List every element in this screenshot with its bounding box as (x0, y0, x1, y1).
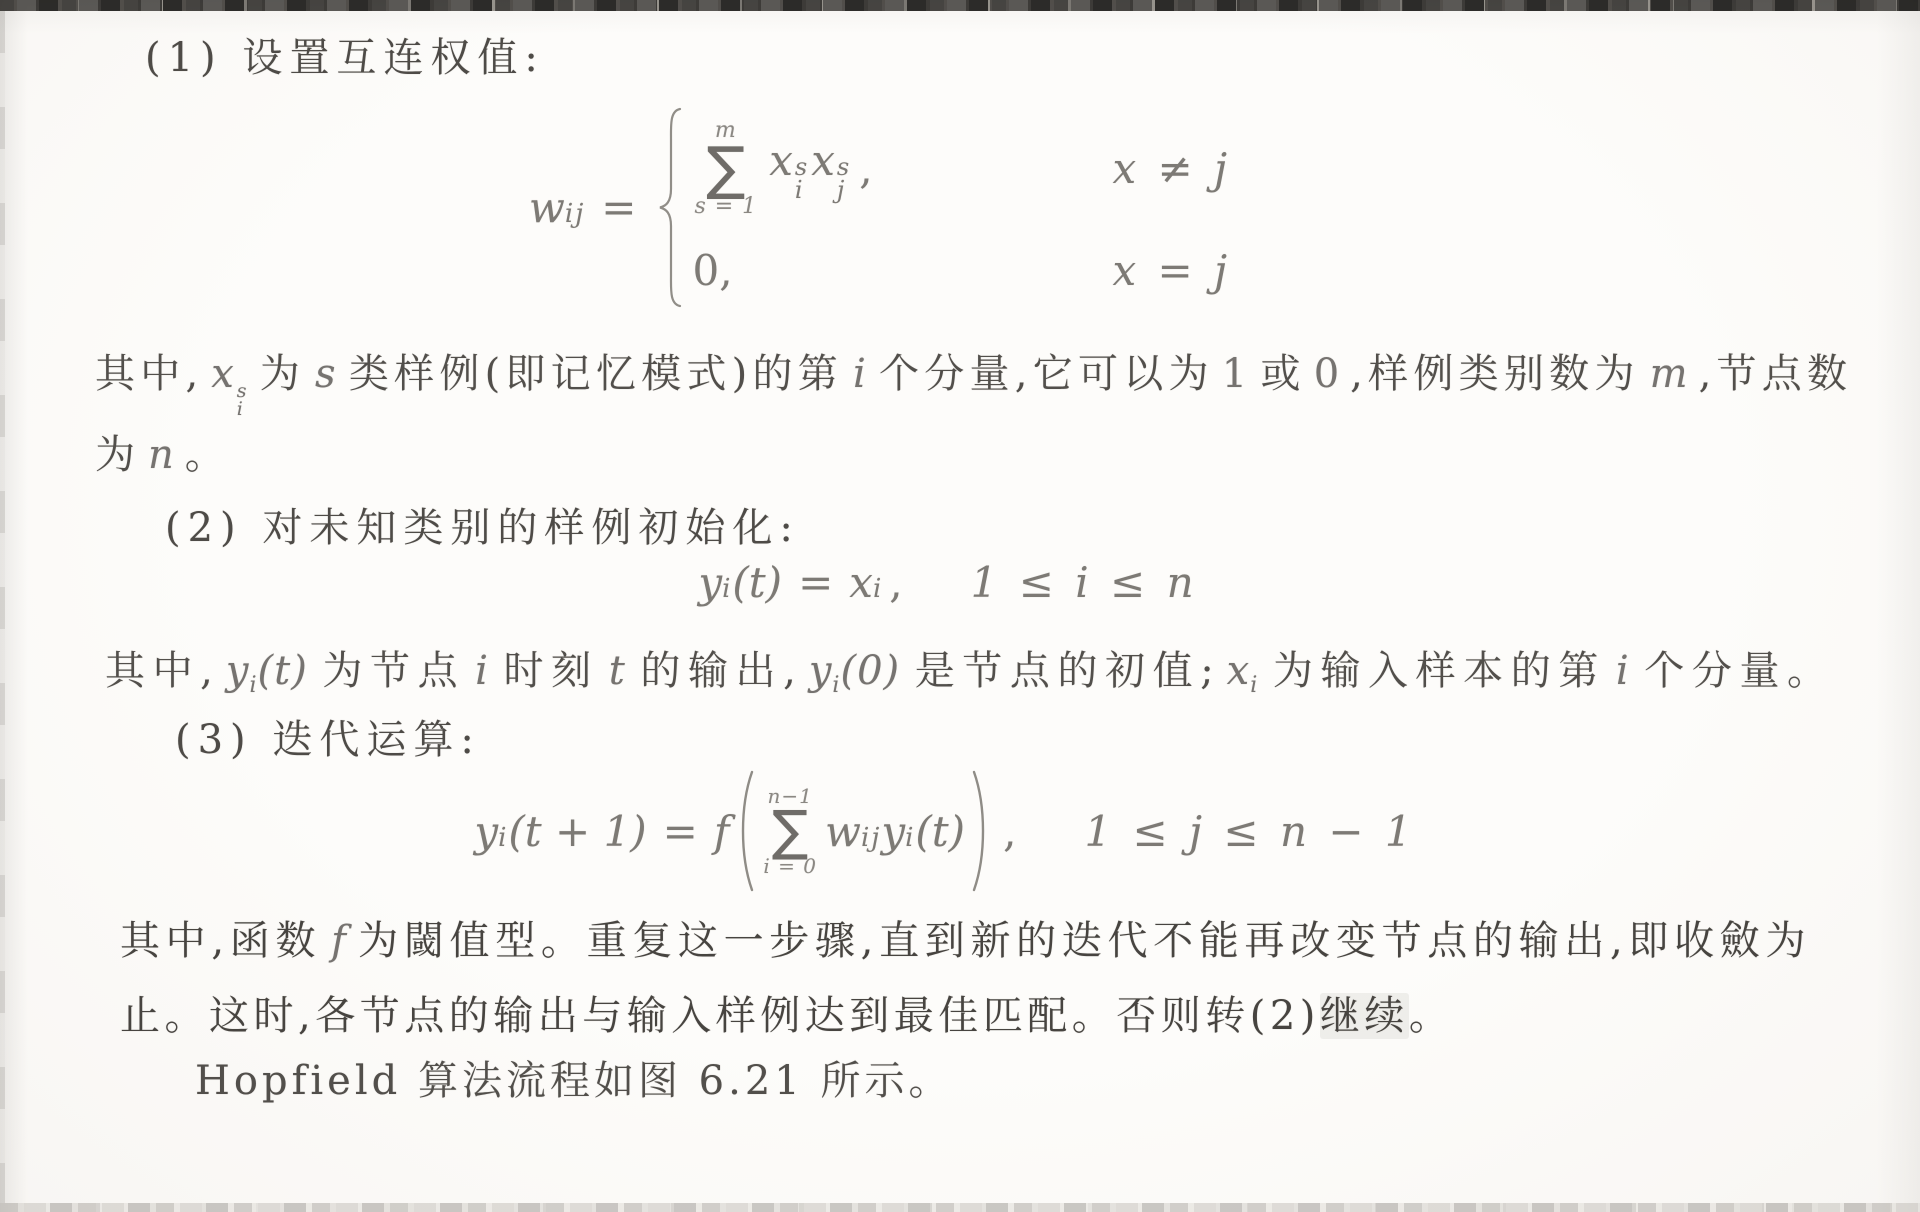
text: 时刻 (499, 648, 599, 694)
piecewise-cases: m ∑ s = 1 xsi xsj , x ≠ j 0, (692, 120, 1231, 294)
text: 其中,函数 (120, 918, 321, 964)
text-with-scan-smudge: 继续 (1320, 993, 1409, 1039)
right-parenthesis (969, 768, 993, 894)
term-x-i: xi (849, 558, 883, 607)
text: 是节点的初值; (910, 648, 1217, 694)
term-y-i-t: yi(t) (698, 558, 782, 607)
equals-sign: = (601, 183, 636, 232)
paragraph-2: 其中,yi(t)为节点i时刻t的输出,yi(0)是节点的初值;xi为输入样本的第… (105, 643, 1830, 714)
zero-value: 0, (692, 246, 732, 295)
equals-sign: = (663, 807, 698, 856)
text: 为 (258, 351, 306, 397)
index-range: 1 ≤ j ≤ n − 1 (1084, 807, 1415, 856)
text: 或 (1258, 351, 1306, 397)
case-1: m ∑ s = 1 xsi xsj , x ≠ j (692, 120, 1231, 217)
paragraph-3-line-1: 其中,函数f为閾值型。重复这一步骤,直到新的迭代不能再改变节点的输出,即收斂为 (120, 913, 1810, 969)
case-2: 0, x = j (692, 246, 1231, 295)
text: 类样例(即记忆模式)的第 (347, 351, 843, 397)
formula-iteration: yi(t + 1) = f n−1 ∑ i = 0 wij yi(t) , 1 … (0, 768, 1905, 894)
text: 为节点 (318, 648, 465, 694)
math-x-i: xi (1227, 643, 1259, 714)
math-i: i (475, 648, 489, 694)
term-y-i-t-plus-1: yi(t + 1) (474, 807, 646, 856)
step-1-heading: (1) 设置互连权值: (145, 30, 545, 86)
step-3-heading: (3) 迭代运算: (175, 712, 481, 768)
step-2-heading: (2) 对未知类别的样例初始化: (165, 500, 800, 556)
sum-lower-limit: s = 1 (694, 196, 757, 218)
formula-interconnection-weights: wij = m ∑ s = 1 xsi xs (0, 105, 1840, 310)
text: ,样例类别数为 (1350, 351, 1639, 397)
text: 的输出, (636, 648, 799, 694)
text: 其中, (105, 648, 216, 694)
var-w: w (529, 183, 565, 232)
sum-lower-limit: i = 0 (763, 856, 817, 876)
formula-initialization: yi(t) = xi , 1 ≤ i ≤ n (0, 558, 1908, 607)
equals-sign: = (798, 558, 833, 607)
math-m: m (1650, 351, 1689, 397)
scanned-textbook-page: (1) 设置互连权值: wij = m ∑ s = 1 xsi (0, 0, 1920, 1212)
text: 个分量,它可以为 (877, 351, 1214, 397)
left-parenthesis (733, 768, 757, 894)
comma: , (889, 558, 902, 607)
term-y-i-t: yi(t) (881, 807, 965, 856)
paragraph-1-line-2: 为n。 (95, 427, 228, 483)
term-x-i: xsi (769, 136, 807, 202)
math-x-i-s: xsi (211, 346, 247, 418)
term-w-ij: wij (825, 807, 881, 856)
closing-reference-line: Hopfield 算法流程如图 6.21 所示。 (195, 1053, 952, 1109)
text: 。 (185, 432, 228, 478)
paragraph-1-line-1: 其中,xsi为s类样例(即记忆模式)的第i个分量,它可以为1或0,样例类别数为m… (95, 346, 1850, 418)
threshold-function-f: f (714, 807, 730, 856)
text: 为输入样本的第 (1268, 648, 1606, 694)
math-f: f (331, 918, 347, 964)
text: ,节点数 (1699, 351, 1850, 397)
condition-x-ne-j: x ≠ j (1112, 144, 1231, 193)
math-i: i (853, 351, 867, 397)
formula1-lhs: wij (529, 183, 585, 232)
comma: , (1003, 807, 1016, 856)
value-0: 0 (1314, 351, 1342, 397)
value-1: 1 (1222, 351, 1250, 397)
text: 为 (95, 432, 138, 478)
comma: , (859, 144, 872, 193)
var-w-subscript: ij (565, 199, 585, 229)
scan-noise-top-band (0, 0, 1920, 11)
paragraph-3-line-2: 止。这时,各节点的输出与输入样例达到最佳匹配。否则转(2)继续。 (120, 988, 1453, 1044)
math-y-i-t: yi(t) (226, 643, 308, 714)
index-range: 1 ≤ i ≤ n (971, 558, 1198, 607)
math-y-i-0: yi(0) (809, 643, 900, 714)
left-curly-brace (654, 105, 688, 310)
scan-noise-bottom-band (0, 1203, 1920, 1212)
sigma-symbol: ∑ (772, 806, 808, 856)
condition-x-eq-j: x = j (1112, 246, 1231, 295)
text: 为閾值型。重复这一步骤,直到新的迭代不能再改变节点的输出,即收斂为 (357, 918, 1810, 964)
text: 个分量。 (1640, 648, 1830, 694)
term-x-j: xsj (811, 136, 849, 202)
sigma-symbol: ∑ (706, 142, 745, 195)
math-i: i (1616, 648, 1630, 694)
summation: n−1 ∑ i = 0 (763, 786, 817, 876)
text: 。 (1409, 993, 1454, 1039)
math-s: s (315, 351, 337, 397)
text: 其中, (95, 351, 201, 397)
summation: m ∑ s = 1 (694, 120, 757, 217)
math-n: n (148, 432, 175, 478)
math-t: t (609, 648, 626, 694)
text: 止。这时,各节点的输出与输入样例达到最佳匹配。否则转(2) (120, 993, 1320, 1039)
